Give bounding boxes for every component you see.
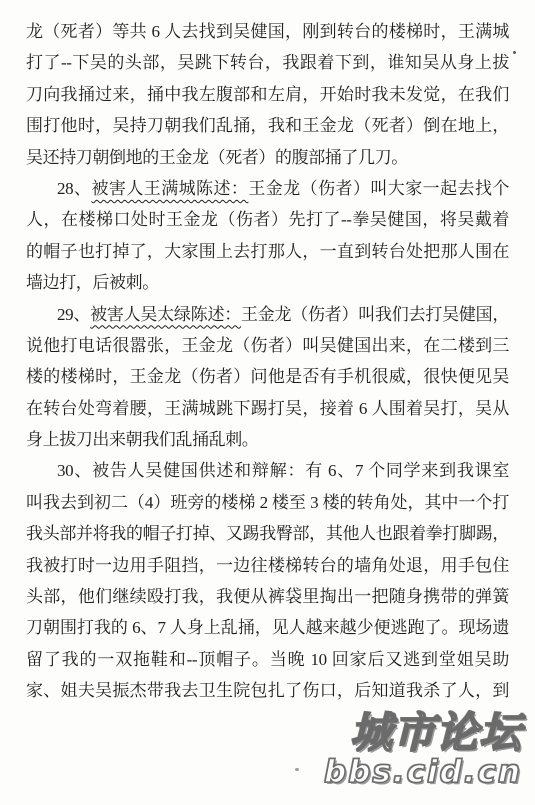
text-segment: 人，在楼梯口处时王金龙（伤者）先打了--拳吴健国，将吴戴着 [26,210,509,229]
text-segment: 30、被告人吴健国供述和辩解：有 6、7 个同学来到我课室 [57,461,509,480]
text-line: 28、被害人王满城陈述：王金龙（伤者）叫大家一起去找个 [26,173,509,204]
text-line: 人，在楼梯口处时王金龙（伤者）先打了--拳吴健国，将吴戴着 [26,204,509,235]
text-segment: 我被打时一边用手阻挡，一边往楼梯转台的墙角处退，用手包住 [26,556,509,575]
scan-speck [295,768,299,771]
text-segment: 头部，他们继续殴打我，我便从裤袋里掏出一把随身携带的弹簧 [26,587,509,606]
text-segment: 围打他时，吴持刀朝我们乱捅，我和王金龙（死者）倒在地上， [26,116,509,135]
text-segment: 吴还持刀朝倒地的王金龙（死者）的腹部捅了几刀。 [26,148,408,167]
text-line: 身上拔刀出来朝我们乱捅乱刺。 [26,424,509,455]
text-segment: 楼的楼梯时，王金龙（伤者）问他是否有手机很威，很快便见吴 [26,367,509,386]
text-line: 头部，他们继续殴打我，我便从裤袋里掏出一把随身携带的弹簧 [26,581,509,612]
text-segment: 说他打电话很嚣张，王金龙（伤者）叫吴健国出来，在二楼到三 [26,336,509,355]
text-line: 留了我的一双拖鞋和--顶帽子。当晚 10 回家后又逃到堂姐吴助 [26,644,509,675]
forum-watermark: 城市论坛 bbs.cid.cn [324,712,522,788]
watermark-site-name: 城市论坛 [324,712,522,754]
text-segment: 打了--下吴的头部，吴跳下转台，我跟着下到，谁知吴从身上拔 [26,53,509,72]
text-segment: 叫我去到初二（4）班旁的楼梯 2 楼至 3 楼的转角处，其中一个打 [26,493,509,512]
text-line: 龙（死者）等共 6 人去找到吴健国，刚到转台的楼梯时，王满城 [26,16,509,47]
text-segment: 刀朝围打我的 6、7 人身上乱捅，见人越来越少便逃跑了。现场遗 [26,618,509,637]
text-line: 叫我去到初二（4）班旁的楼梯 2 楼至 3 楼的转角处，其中一个打 [26,487,509,518]
text-line: 在转台处弯着腰，王满城跳下踢打吴，接着 6 人围着吴打，吴从 [26,393,509,424]
text-segment: 王金龙（伤者）叫我们去打吴健国， [241,305,509,324]
text-segment: 身上拔刀出来朝我们乱捅乱刺。 [26,430,258,449]
underlined-phrase: 被害人王满城陈述： [91,179,248,198]
text-line: 我头部并将我的帽子打掉、又踢我臀部，其他人也跟着拳打脚踢， [26,518,509,549]
scan-speck [513,51,516,54]
text-line: 吴还持刀朝倒地的王金龙（死者）的腹部捅了几刀。 [26,142,509,173]
watermark-site-url: bbs.cid.cn [324,757,522,788]
text-segment: 留了我的一双拖鞋和--顶帽子。当晚 10 回家后又逃到堂姐吴助 [26,650,509,669]
text-line: 刀朝围打我的 6、7 人身上乱捅，见人越来越少便逃跑了。现场遗 [26,612,509,643]
text-line: 墙边打，后被刺。 [26,267,509,298]
underlined-phrase: 被害人吴太绿陈述： [90,305,241,324]
text-line: 我被打时一边用手阻挡，一边往楼梯转台的墙角处退，用手包住 [26,550,509,581]
text-line: 楼的楼梯时，王金龙（伤者）问他是否有手机很威，很快便见吴 [26,361,509,392]
text-segment: 在转台处弯着腰，王满城跳下踢打吴，接着 6 人围着吴打，吴从 [26,399,509,418]
scan-speck [167,538,170,541]
text-segment: 墙边打，后被刺。 [26,273,159,292]
text-segment: 龙（死者）等共 6 人去找到吴健国，刚到转台的楼梯时，王满城 [26,22,509,41]
text-segment: 的帽子也打掉了，大家围上去打那人，一直到转台处把那人围在 [26,242,509,261]
text-segment: 刀向我捅过来，捅中我左腹部和左肩，开始时我未发觉，在我们 [26,85,509,104]
scanned-document-page: 龙（死者）等共 6 人去找到吴健国，刚到转台的楼梯时，王满城打了--下吴的头部，… [0,0,535,805]
text-segment: 29、 [57,305,90,324]
text-line: 围打他时，吴持刀朝我们乱捅，我和王金龙（死者）倒在地上， [26,110,509,141]
text-segment: 28、 [57,179,91,198]
document-text: 龙（死者）等共 6 人去找到吴健国，刚到转台的楼梯时，王满城打了--下吴的头部，… [26,0,509,707]
text-line: 29、被害人吴太绿陈述：王金龙（伤者）叫我们去打吴健国， [26,299,509,330]
text-line: 30、被告人吴健国供述和辩解：有 6、7 个同学来到我课室 [26,455,509,486]
text-segment: 家、姐夫吴振杰带我去卫生院包扎了伤口，后知道我杀了人，到 [26,681,509,700]
text-line: 刀向我捅过来，捅中我左腹部和左肩，开始时我未发觉，在我们 [26,79,509,110]
text-line: 说他打电话很嚣张，王金龙（伤者）叫吴健国出来，在二楼到三 [26,330,509,361]
text-line: 家、姐夫吴振杰带我去卫生院包扎了伤口，后知道我杀了人，到 [26,675,509,706]
text-segment: 王金龙（伤者）叫大家一起去找个 [248,179,509,198]
text-line: 的帽子也打掉了，大家围上去打那人，一直到转台处把那人围在 [26,236,509,267]
text-line: 打了--下吴的头部，吴跳下转台，我跟着下到，谁知吴从身上拔 [26,47,509,78]
text-segment: 我头部并将我的帽子打掉、又踢我臀部，其他人也跟着拳打脚踢， [26,524,509,543]
